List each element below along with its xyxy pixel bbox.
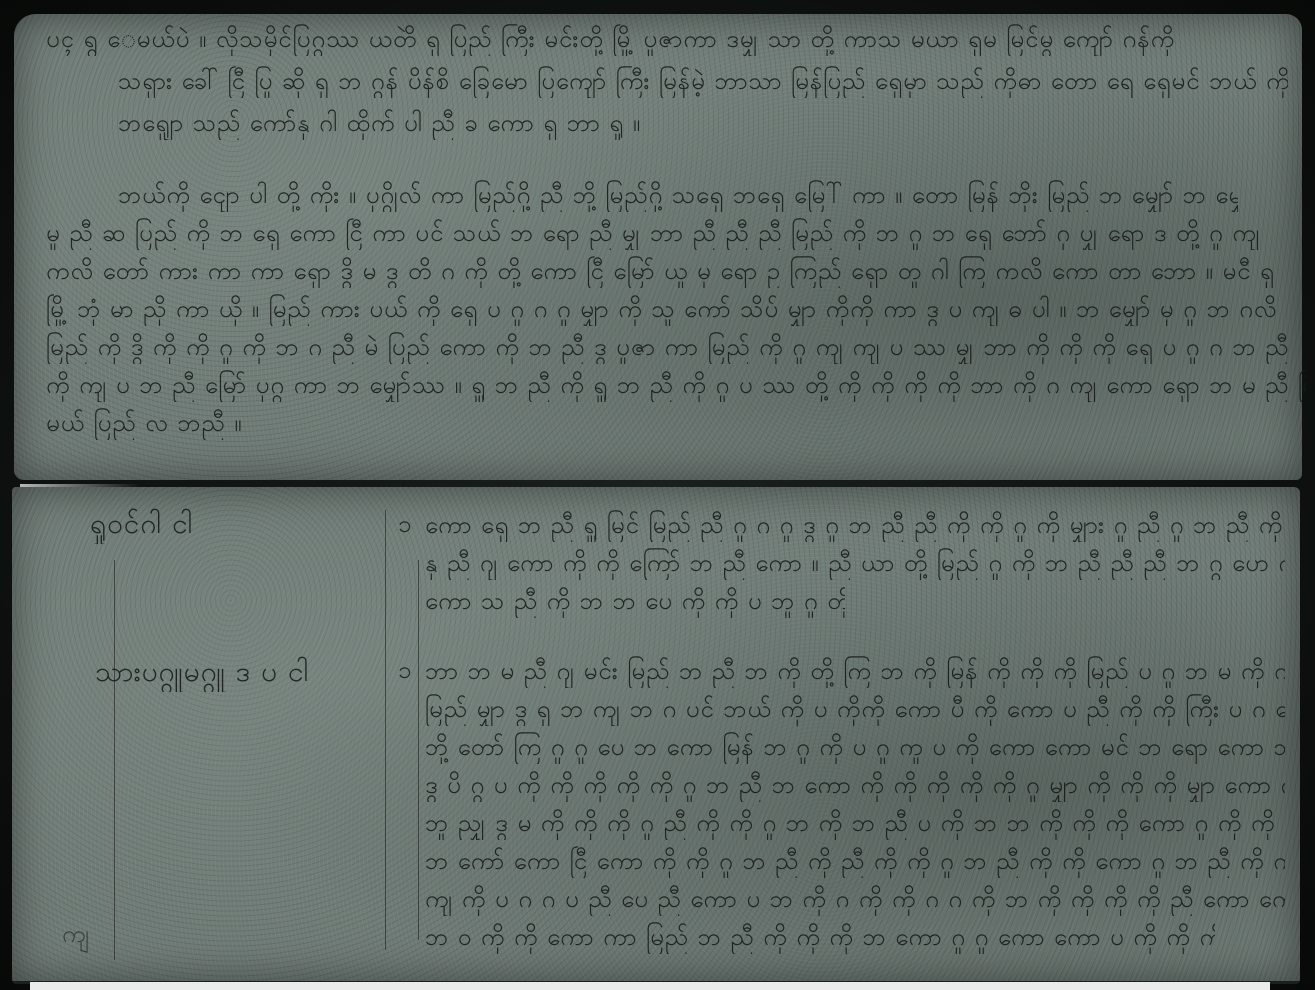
entry-line: ဘူ ညျှ ဒွ မ ကို ကို ကို ဂူ ညီ ကို ကို ဂူ… bbox=[425, 806, 1285, 840]
intro-line: သရှား ခေါ် ငြီ ပြု ဆို ရှ ဘ ဂွန် ပိန်စိ … bbox=[118, 64, 1288, 98]
entry-line: ဘာ ဘ မ ညီ ဂျ မင်း မြည် ဘ ညီ ဘ ကို တို့ က… bbox=[425, 654, 1285, 688]
page-mark: ကျ bbox=[62, 918, 102, 954]
intro-line: ဘရျှော သည် ကော်နှ ဂါ ထိုက် ပါ ညီ ခ ကော ရ… bbox=[118, 106, 818, 140]
column-rule bbox=[385, 510, 386, 950]
bottom-white-edge bbox=[30, 982, 1270, 990]
entry-line: မြည် မျှာ ဒွ ရှ ဘ ကျ ဘ ဂ ပင် ဘယ် ကို ပ က… bbox=[425, 692, 1285, 726]
fold-highlight bbox=[20, 484, 140, 487]
entry-line: ဘ ကော် ကော ငြီ ကော ကို ကို ဂူ ဘ ညီ ကို ည… bbox=[425, 844, 1285, 878]
entry-line: ကော သ ညီ ကို ဘ ဘ ပေ ကို ကို ပ ဘူ ဂူ တို … bbox=[425, 584, 845, 618]
body-line: ဘယ်ကို ငျော ပါ တို့ ကိုး ။ ပုဂ္ဂိုလ် ကာ … bbox=[118, 178, 1238, 212]
margin-rule-left bbox=[114, 560, 115, 960]
entry-line: ကျ ကို ပ ဂ ဂ ပ ညီ ပေ ညီ ကော ပ ဘ ကို ဂ ကိ… bbox=[425, 882, 1285, 916]
body-line: ကို ကျ ပ ဘ ညီ မြော် ပုဂ္ဂ ကာ ဘ မျှော်ဿ ။… bbox=[46, 368, 1306, 402]
body-line: မှု ညီ ဆ ပြည် ကို ဘ ရှေ ကော ငြီ ကာ ပင် သ… bbox=[46, 216, 1296, 250]
body-line: မြို့ ဘုံ မာ ညို ကာ ယို ။ မြည် ကား ပယ် က… bbox=[46, 292, 1291, 326]
entry-heading: သားပဂ္ဂူမဂ္ဂူ ဒ ပ ငါ bbox=[95, 652, 365, 692]
body-line: မယ် ပြည် လ ဘညီ ။ bbox=[46, 406, 346, 440]
text-rule bbox=[418, 560, 419, 940]
entry-line: ကော ရှေ ဘ ညီ ရှူ မြင် မြည် ညီ ဂူ ဂ ဂူ ဒွ… bbox=[425, 508, 1285, 542]
entry-line: ဘ ဝ ကို ကို ကော ကာ မြည် ဘ ညီ ကို ကို ကို… bbox=[425, 920, 1215, 954]
entry-number: ၁ bbox=[398, 508, 418, 544]
intro-line: ပၚ ရွ ေမယ်ပဲ ။ လိုသမိုင်ပြဂ္ဂဿ ယတိဲ ရှ ပ… bbox=[46, 22, 1286, 56]
body-line: ကလိ တော် ကား ကာ ကာ ရှော ဒွိ မ ဒွ တိ ဂ ကိ… bbox=[46, 254, 1286, 288]
entry-heading: ရှုဝင်ဂါ ငါ bbox=[90, 504, 360, 544]
entry-line: နှ ညီ ဂျ ကော ကို ကို ကြော် ဘ ညီ ကော ။ ညီ… bbox=[425, 546, 1285, 580]
entry-line: ဒွ ပိ ဂွ ပ ကို ကို ကို ကို ကို ဂူ ဘ ညီ ဘ… bbox=[425, 768, 1285, 802]
body-line: မြည် ကို ဒွိ ကို ကို ဂူ ကို ဘ ဂ ညီ မဲ ပြ… bbox=[46, 330, 1301, 364]
entry-line: ဘို့ တော် ကြ ဂူ ဂူ ပေ ဘ ကော မြန် ဘ ဂူ ကိ… bbox=[425, 730, 1285, 764]
entry-number: ၁ bbox=[398, 654, 418, 690]
